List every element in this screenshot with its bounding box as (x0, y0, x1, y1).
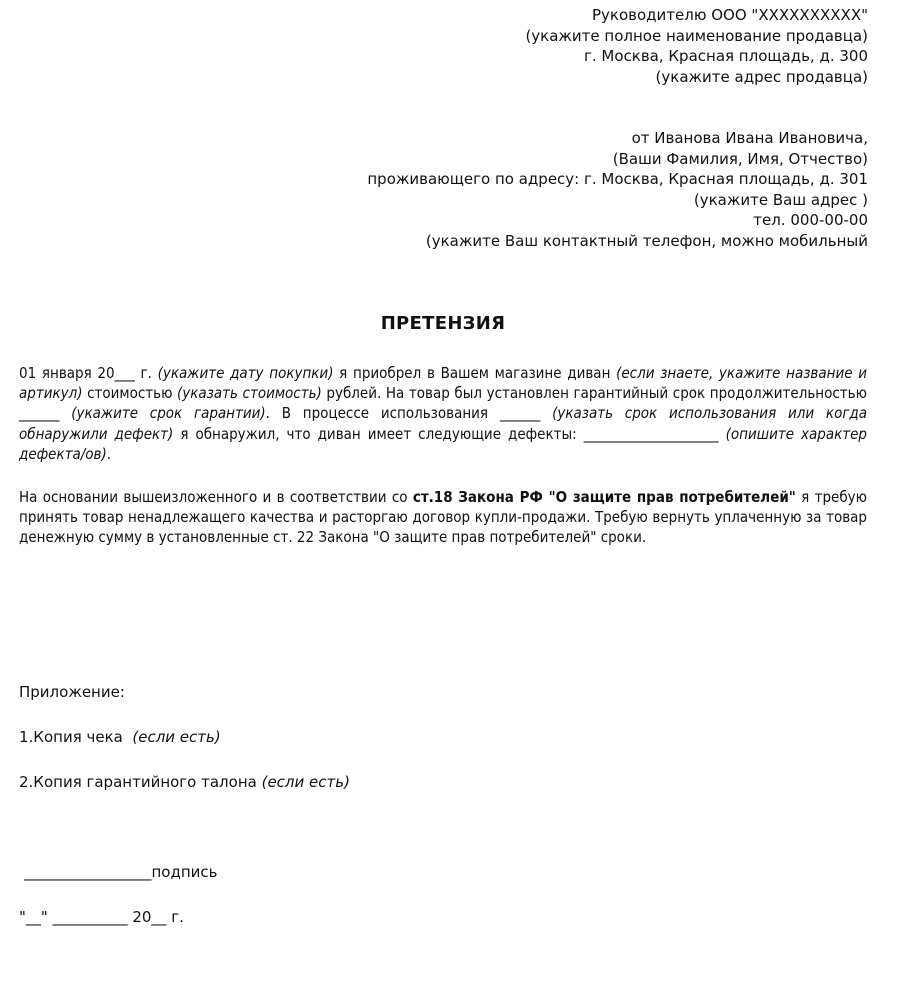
hint-price: (указать стоимость) (177, 384, 322, 402)
header-spacer (367, 87, 868, 128)
document-header: Руководителю ООО "XXXXXXXXXX" (укажите п… (367, 5, 868, 251)
text: я обнаружил, что диван имеет следующие д… (173, 425, 725, 443)
demand-paragraph: На основании вышеизложенного и в соответ… (19, 487, 867, 548)
text: стоимостью (83, 384, 178, 402)
attachment-label: 2.Копия гарантийного талона (19, 773, 262, 791)
recipient-name-hint: (укажите полное наименование продавца) (367, 26, 868, 47)
hint-purchase-date: (укажите дату покупки) (158, 364, 334, 382)
signature-label: подпись (152, 863, 218, 881)
sender-phone-hint: (укажите Ваш контактный телефон, можно м… (367, 231, 868, 252)
sender-name: от Иванова Ивана Ивановича, (367, 128, 868, 149)
signature-line: _________________подпись (24, 863, 218, 881)
attachment-label: 1.Копия чека (19, 728, 132, 746)
text: На основании вышеизложенного и в соответ… (19, 488, 413, 506)
recipient-address-hint: (укажите адрес продавца) (367, 67, 868, 88)
text: 01 января 20___ г. (19, 364, 158, 382)
recipient-name: Руководителю ООО "XXXXXXXXXX" (367, 5, 868, 26)
date-line: "__" __________ 20__ г. (19, 908, 184, 926)
law-reference: ст.18 Закона РФ "О защите прав потребите… (413, 488, 796, 506)
attachment-item: 2.Копия гарантийного талона (если есть) (19, 773, 350, 791)
hint-warranty: (укажите срок гарантии) (71, 404, 265, 422)
sender-address-hint: (укажите Ваш адрес ) (367, 190, 868, 211)
text: . (107, 445, 111, 463)
text: . В процессе использования ______ (266, 404, 552, 422)
recipient-address: г. Москва, Красная площадь, д. 300 (367, 46, 868, 67)
attachments-title: Приложение: (19, 683, 125, 701)
sender-address: проживающего по адресу: г. Москва, Красн… (367, 169, 868, 190)
attachment-item: 1.Копия чека (если есть) (19, 728, 221, 746)
sender-name-hint: (Ваши Фамилия, Имя, Отчество) (367, 149, 868, 170)
attachment-note: (если есть) (132, 728, 220, 746)
sender-phone: тел. 000-00-00 (367, 210, 868, 231)
signature-blank: _________________ (24, 863, 152, 881)
text: я приобрел в Вашем магазине диван (333, 364, 616, 382)
document-title: ПРЕТЕНЗИЯ (0, 313, 886, 334)
claim-paragraph: 01 января 20___ г. (укажите дату покупки… (19, 363, 867, 464)
attachment-note: (если есть) (262, 773, 350, 791)
